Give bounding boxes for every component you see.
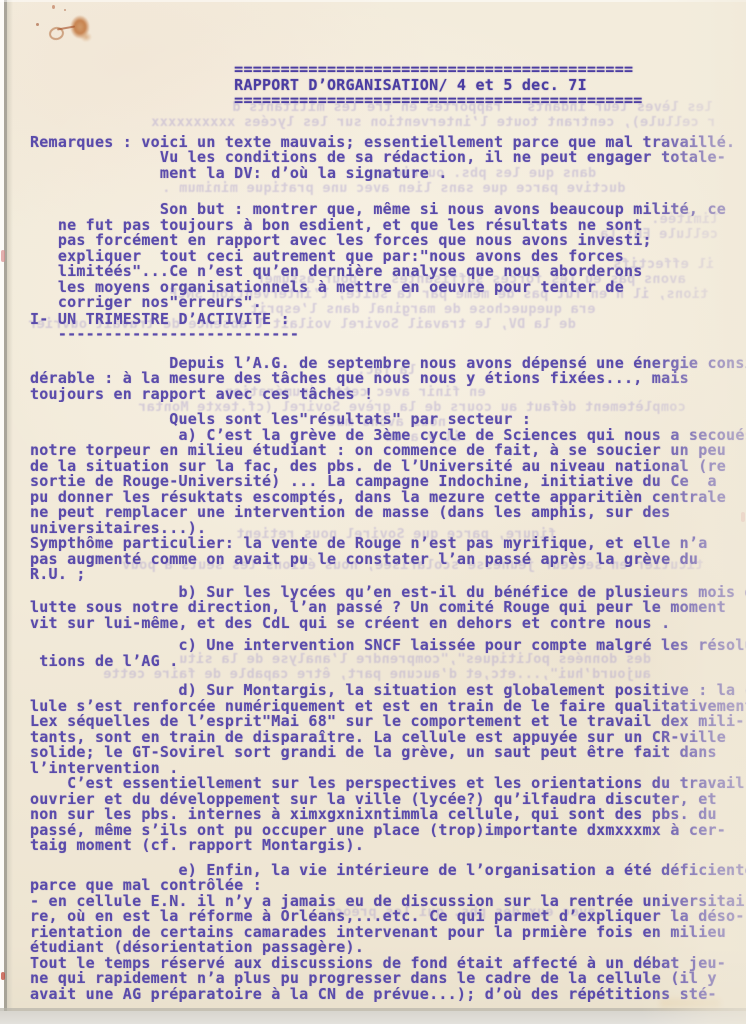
typed-line: de la situation sur la fac, des pbs. de … [30, 459, 746, 475]
typed-line: ne peut remplacer une intervention de ma… [30, 505, 746, 521]
typed-line: Son but : montrer que, même si nous avon… [30, 202, 746, 218]
typed-line: re, où en est la réforme à Orléans,...et… [30, 909, 746, 925]
paragraph: I- UN TRIMESTRE D’ACTIVITE : -----------… [30, 312, 746, 343]
typed-line: I- UN TRIMESTRE D’ACTIVITE : [30, 312, 746, 328]
paragraph: c) Une intervention SNCF laissée pour co… [30, 638, 746, 669]
typed-line: pas forcément en rapport avec les forces… [30, 233, 746, 249]
typed-line: l’intervention . [30, 761, 746, 777]
typed-line: parce que mal contrôlée : [30, 878, 746, 894]
rust-speck [52, 5, 55, 9]
typed-line: corriger nos"erreurs". [30, 295, 746, 311]
typed-line: sortie de Rouge-Université) ... La campa… [30, 474, 746, 490]
rust-speck [64, 9, 66, 11]
typed-line: Lex séquelles de l’esprit"Mai 68" sur le… [30, 714, 746, 730]
typed-line: toujours en rapport avec ces tâches ! [30, 387, 746, 403]
paragraphs: Remarques : voici un texte mauvais; esse… [30, 135, 746, 1003]
typed-line: solide; le GT-Sovirel sort grandi de la … [30, 745, 746, 761]
edge-pink-mark [1, 250, 5, 262]
paragraph: e) Enfin, la vie intérieure de l’organis… [30, 863, 746, 1003]
typed-line: Remarques : voici un texte mauvais; esse… [30, 135, 746, 151]
typed-line: lutte sous notre direction, l’an passé ?… [30, 600, 746, 616]
typed-line: - en cellule E.N. il n’y a jamais eu de … [30, 894, 746, 910]
typed-line: b) Sur les lycées qu’en est-il du bénéfi… [30, 585, 746, 601]
scanned-document-page: les lèves leur indants rapportés en tre … [0, 0, 746, 1024]
document-title: RAPPORT D’ORGANISATION/ 4 et 5 dec. 7I [30, 78, 746, 94]
paragraph: b) Sur les lycées qu’en est-il du bénéfi… [30, 585, 746, 632]
typed-line: ouvrier et du développement sur la ville… [30, 792, 746, 808]
typed-line: Quels sont les"résultats" par secteur : [30, 412, 746, 428]
typed-line: C’est essentiellement sur les perspectiv… [30, 776, 746, 792]
rust-speck [36, 23, 39, 26]
typed-line: notre torpeur en milieu étudiant : on co… [30, 443, 746, 459]
typed-line: universitaires...). [30, 521, 746, 537]
typed-line: tants, sont en train de disparaître. La … [30, 730, 746, 746]
typed-line: Tout le temps réservé aux discussions de… [30, 956, 746, 972]
typed-line: rientation de certains camarades interve… [30, 925, 746, 941]
typed-line: -------------------------- [30, 327, 746, 343]
typed-line: Sympthôme particulier: la vente de Rouge… [30, 536, 746, 552]
document-header: ========================================… [30, 62, 746, 109]
typed-line: e) Enfin, la vie intérieure de l’organis… [30, 863, 746, 879]
typed-line: pu donner les résuktats escomptés, dans … [30, 490, 746, 506]
typed-line: vit sur lui-même, et des CdL qui se crée… [30, 616, 746, 632]
typed-line: expliquer tout ceci autrement que par:"n… [30, 249, 746, 265]
paragraph: Depuis l’A.G. de septembre nous avons dé… [30, 356, 746, 403]
typed-line: étudiant (désorientation passagère). [30, 940, 746, 956]
paragraph: Remarques : voici un texte mauvais; esse… [30, 135, 746, 182]
typed-line: c) Une intervention SNCF laissée pour co… [30, 638, 746, 654]
typed-line: les moyens organisationnels à mettre en … [30, 280, 746, 296]
typed-line: d) Sur Montargis, la situation est globa… [30, 683, 746, 699]
typed-line: non sur les pbs. internes à ximxgxnixnti… [30, 807, 746, 823]
paragraph: Son but : montrer que, même si nous avon… [30, 202, 746, 311]
title-rule-bottom: ========================================… [30, 93, 746, 109]
typed-line: dérable : à la mesure des tâches que nou… [30, 371, 746, 387]
typed-line: Depuis l’A.G. de septembre nous avons dé… [30, 356, 746, 372]
typed-line: lule s’est renforcée numériquement et es… [30, 699, 746, 715]
typed-text-layer: ========================================… [30, 62, 746, 1002]
edge-pink-mark [741, 512, 745, 522]
typed-line: passé, même s’ils ont pu occuper une pla… [30, 823, 746, 839]
typed-line: taig moment (cf. rapport Montargis). [30, 838, 746, 854]
typed-line: tions de l’AG . [30, 654, 746, 670]
title-rule-top: ========================================… [30, 62, 746, 78]
edge-red-mark [1, 972, 5, 980]
paragraph: d) Sur Montargis, la situation est globa… [30, 683, 746, 854]
rust-stain-halo [80, 32, 92, 42]
typed-line: ne fut pas toujours à bon esdient, et qu… [30, 218, 746, 234]
typed-line: avait une AG préparatoire à la CN de pré… [30, 987, 746, 1003]
typed-line: Vu les conditions de sa rédaction, il ne… [30, 150, 746, 166]
typed-line: pas augmenté comme on avait pu le consta… [30, 552, 746, 568]
typed-line: a) C’est la grève de 3ème cycle de Scien… [30, 428, 746, 444]
typed-line: ment la DV: d’où la signature . [30, 166, 746, 182]
typed-line: ne qui rapidement n’a plus pu progresser… [30, 971, 746, 987]
paragraph: Quels sont les"résultats" par secteur : … [30, 412, 746, 583]
typed-line: R.U. ; [30, 567, 746, 583]
typed-line: limitéés"...Ce n’est qu’en dernière anal… [30, 264, 746, 280]
